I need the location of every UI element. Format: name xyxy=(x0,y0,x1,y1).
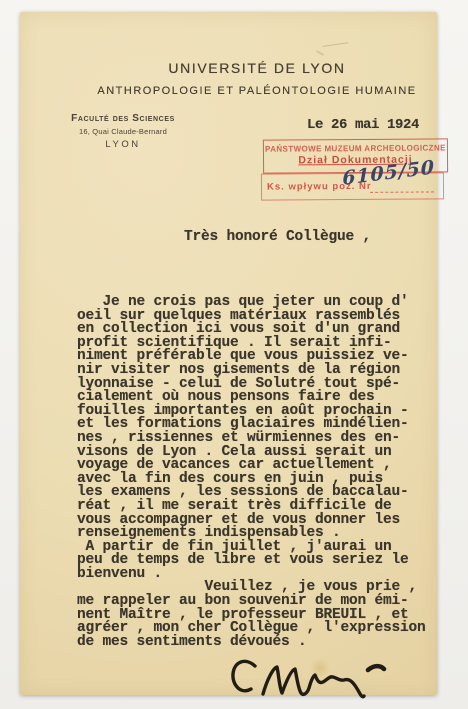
letterhead-city: LYON xyxy=(60,139,186,150)
letterhead-faculty: Faculté des Sciences xyxy=(60,113,186,124)
letterhead-faculty-block: Faculté des Sciences 16, Quai Claude-Ber… xyxy=(60,113,186,150)
salutation: Très honoré Collègue , xyxy=(184,229,371,245)
letterhead-university: UNIVERSITÉ DE LYON xyxy=(48,60,466,76)
letter-date: Le 26 mai 1924 xyxy=(307,117,419,133)
stamp-institution: PAŃSTWOWE MUZEUM ARCHEOLOGICZNE xyxy=(264,143,447,154)
letterhead-address: 16, Quai Claude-Bernard xyxy=(60,127,186,136)
body-line: de mes sentiments dévoués . xyxy=(77,636,426,650)
letter-paper: UNIVERSITÉ DE LYON ANTHROPOLOGIE ET PALÉ… xyxy=(20,12,437,695)
scan-background: UNIVERSITÉ DE LYON ANTHROPOLOGIE ET PALÉ… xyxy=(0,0,468,709)
accession-dotted-line xyxy=(370,191,434,192)
body-text: Je ne crois pas que jeter un coup d'oeil… xyxy=(77,296,426,649)
pencil-smudge xyxy=(323,42,350,55)
handwritten-signature xyxy=(215,650,395,705)
letterhead-department: ANTHROPOLOGIE ET PALÉONTOLOGIE HUMAINE xyxy=(48,85,466,97)
